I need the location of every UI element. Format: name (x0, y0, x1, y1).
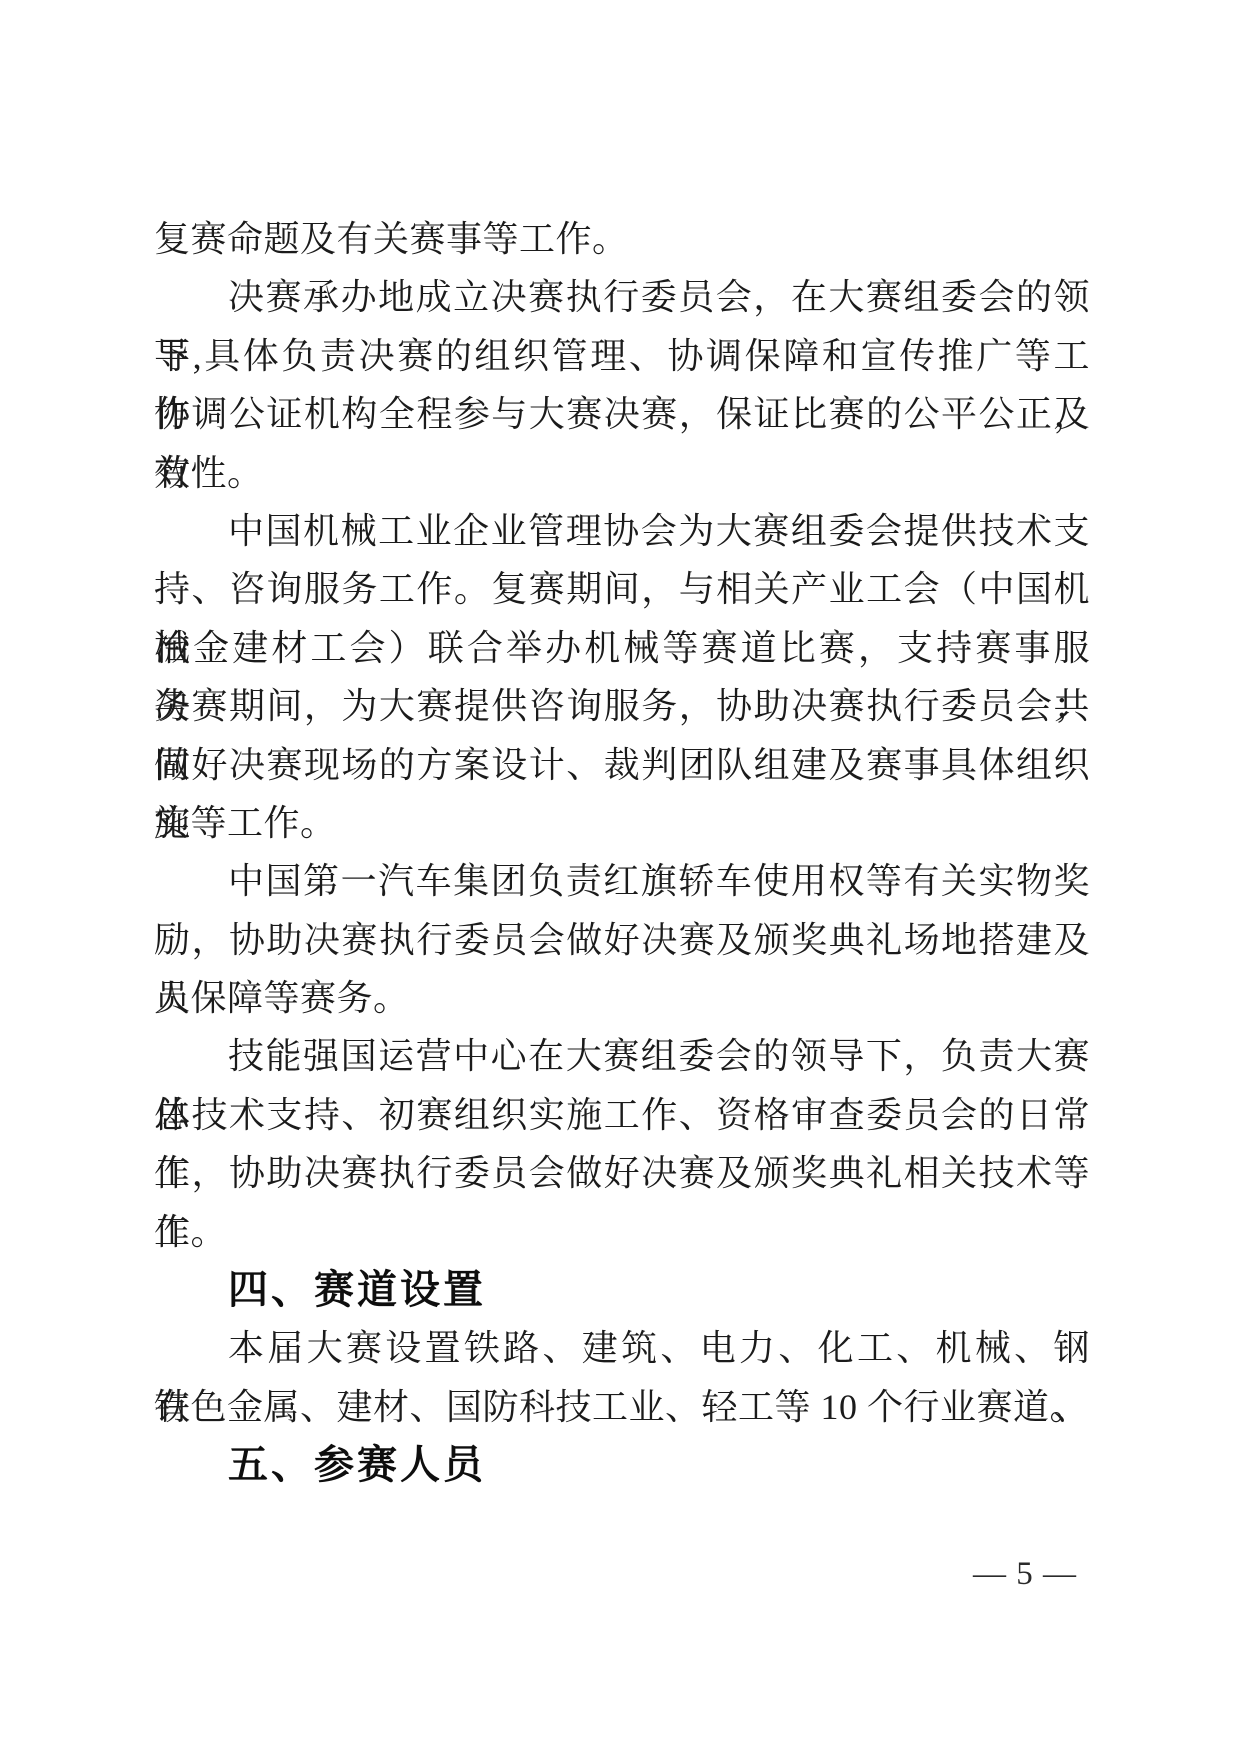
text-line: 下,具体负责决赛的组织管理、协调保障和宣传推广等工作， (154, 327, 1090, 385)
text-line: 中国机械工业企业管理协会为大赛组委会提供技术支 (154, 502, 1090, 560)
text-line: 中国第一汽车集团负责红旗轿车使用权等有关实物奖 (154, 852, 1090, 910)
text-line: 决赛承办地成立决赛执行委员会，在大赛组委会的领导 (154, 268, 1090, 326)
text-line: 施等工作。 (154, 794, 1090, 852)
text-line: 体技术支持、初赛组织实施工作、资格审查委员会的日常工 (154, 1086, 1090, 1144)
text-line: 有色金属、建材、国防科技工业、轻工等 10 个行业赛道。 (154, 1378, 1090, 1436)
text-line: 作。 (154, 1203, 1090, 1261)
section-heading: 四、赛道设置 (154, 1261, 1090, 1319)
document-page: 复赛命题及有关赛事等工作。决赛承办地成立决赛执行委员会，在大赛组委会的领导下,具… (0, 0, 1240, 1753)
text-line: 持、咨询服务工作。复赛期间，与相关产业工会（中国机械 (154, 560, 1090, 618)
text-line: 本届大赛设置铁路、建筑、电力、化工、机械、钢铁、 (154, 1319, 1090, 1377)
text-line: 做好决赛现场的方案设计、裁判团队组建及赛事具体组织实 (154, 736, 1090, 794)
text-line: 决赛期间，为大赛提供咨询服务，协助决赛执行委员会共同 (154, 677, 1090, 735)
document-body: 复赛命题及有关赛事等工作。决赛承办地成立决赛执行委员会，在大赛组委会的领导下,具… (154, 210, 1090, 1495)
text-line: 作，协助决赛执行委员会做好决赛及颁奖典礼相关技术等工 (154, 1144, 1090, 1202)
text-line: 复赛命题及有关赛事等工作。 (154, 210, 1090, 268)
text-line: 技能强国运营中心在大赛组委会的领导下，负责大赛总 (154, 1027, 1090, 1085)
text-line: 冶金建材工会）联合举办机械等赛道比赛，支持赛事服务； (154, 619, 1090, 677)
text-line: 效性。 (154, 444, 1090, 502)
text-line: 员保障等赛务。 (154, 969, 1090, 1027)
text-line: 励，协助决赛执行委员会做好决赛及颁奖典礼场地搭建及人 (154, 911, 1090, 969)
page-number: — 5 — (940, 1552, 1110, 1596)
text-line: 协调公证机构全程参与大赛决赛，保证比赛的公平公正及有 (154, 385, 1090, 443)
section-heading: 五、参赛人员 (154, 1436, 1090, 1494)
